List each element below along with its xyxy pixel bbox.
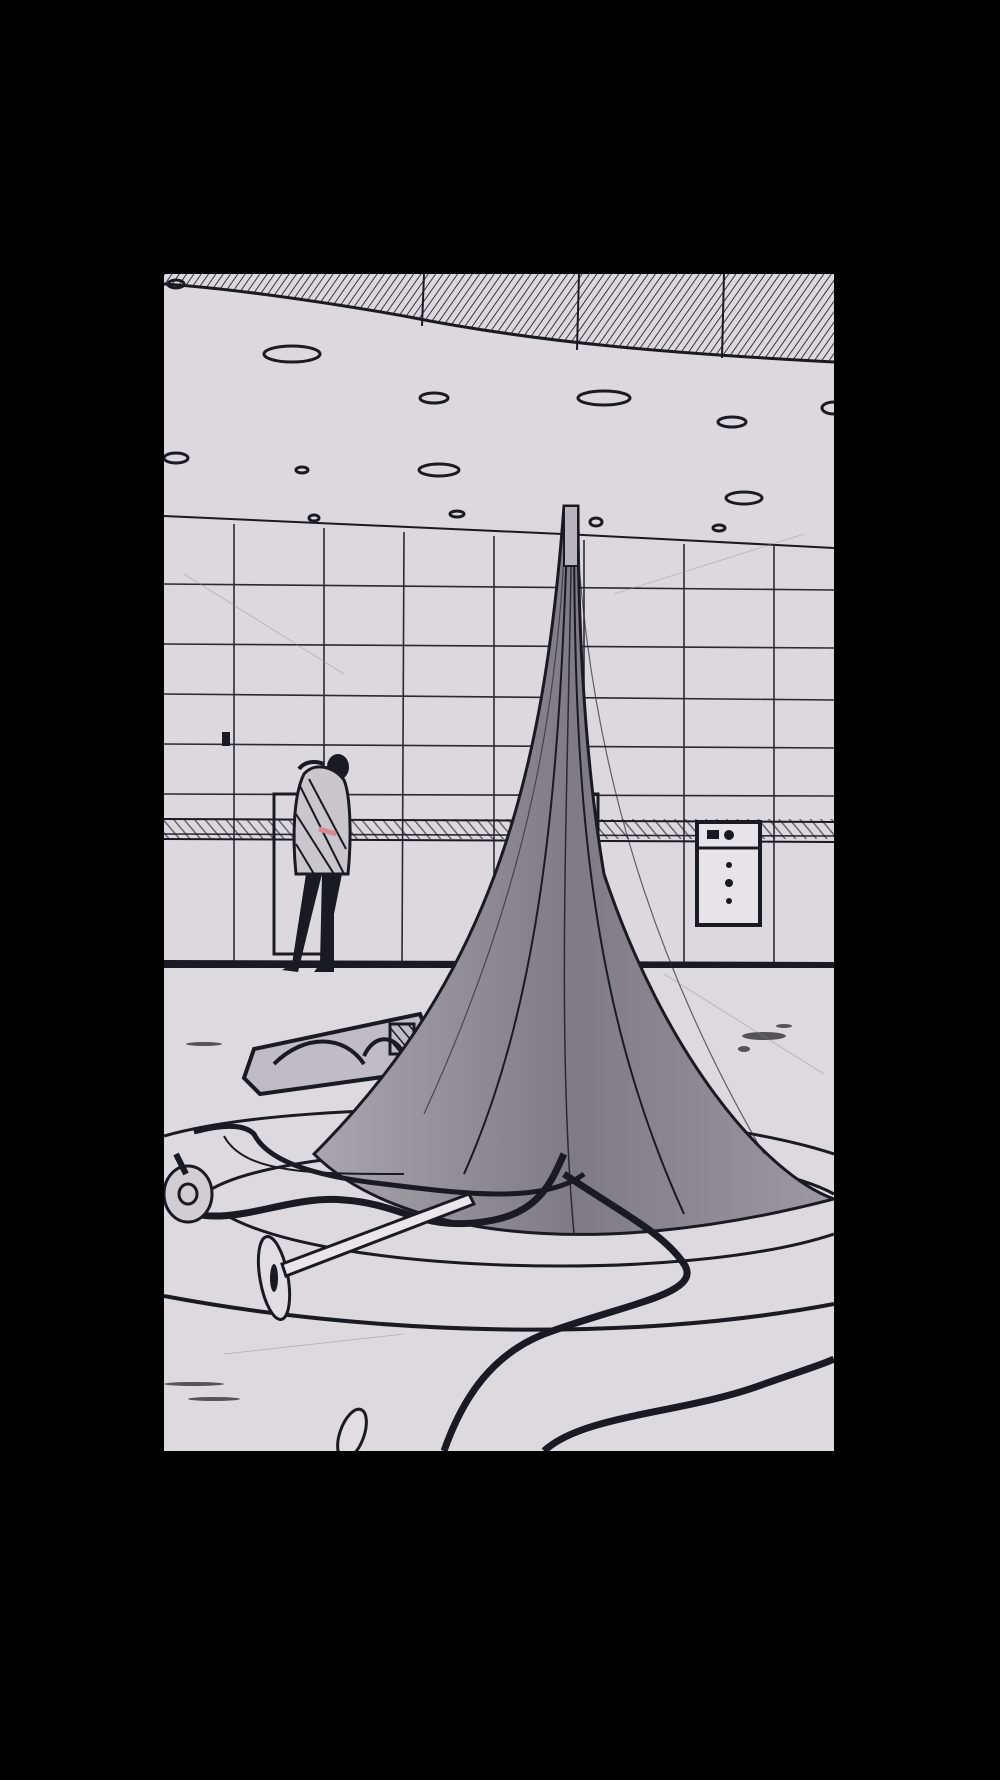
wall-switch <box>222 732 230 746</box>
sketch-illustration <box>164 274 834 1451</box>
comic-page <box>0 0 1000 1780</box>
wall-panel <box>697 822 760 925</box>
illustration-panel <box>164 274 834 1451</box>
